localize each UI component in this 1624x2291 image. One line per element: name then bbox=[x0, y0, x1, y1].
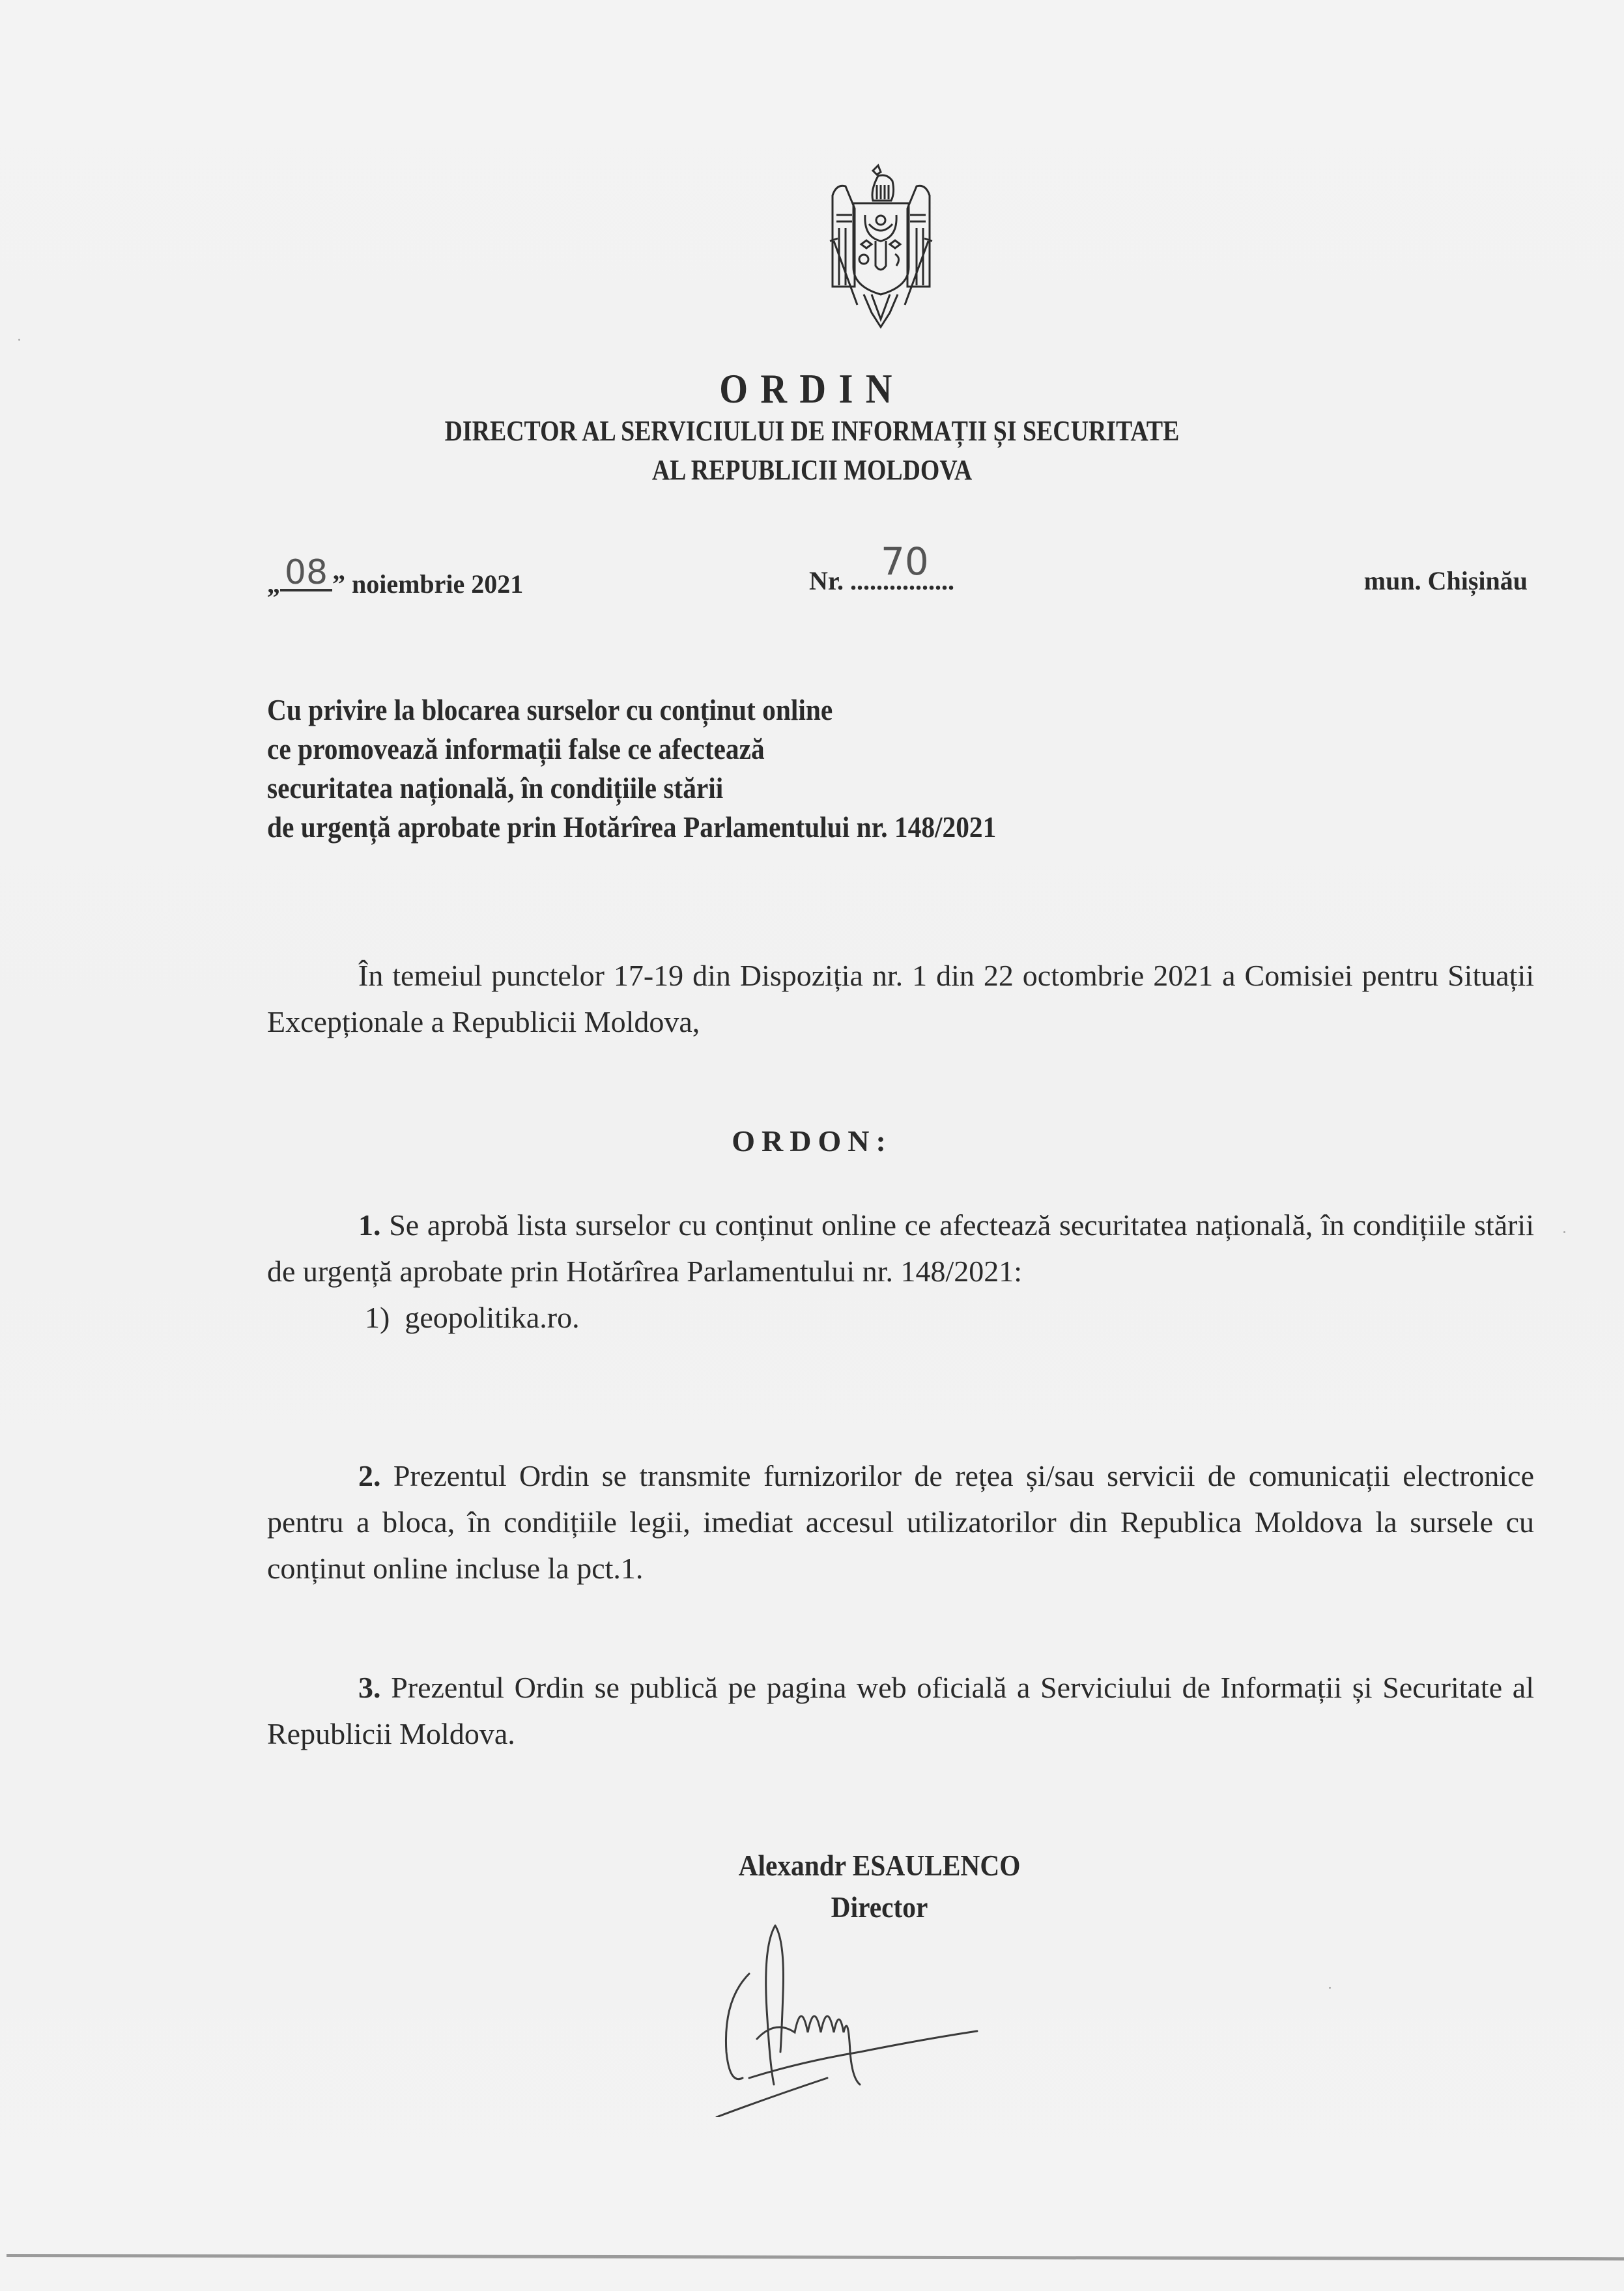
list-item: 1) geopolitika.ro. bbox=[267, 1294, 1534, 1341]
scan-speck bbox=[1329, 1987, 1331, 1989]
document-subject: Cu privire la blocarea surselor cu conți… bbox=[267, 690, 996, 847]
subject-line: securitatea națională, în condițiile stă… bbox=[267, 769, 996, 808]
subject-line: de urgență aprobate prin Hotărîrea Parla… bbox=[267, 808, 996, 847]
list-item-text: geopolitika.ro. bbox=[405, 1301, 579, 1334]
date-month-year: ” noiembrie 2021 bbox=[332, 569, 523, 599]
handwritten-day: 08 bbox=[280, 556, 332, 591]
point-number: 1. bbox=[358, 1208, 381, 1242]
document-place: mun. Chișinău bbox=[1364, 565, 1528, 596]
document-meta-row: „08” noiembrie 2021 Nr. ................… bbox=[0, 560, 1624, 606]
scan-speck bbox=[18, 339, 20, 341]
issuer-line-1: DIRECTOR AL SERVICIULUI DE INFORMAȚII ȘI… bbox=[114, 414, 1511, 448]
document-date: „08” noiembrie 2021 bbox=[267, 565, 523, 601]
point-text: Prezentul Ordin se publică pe pagina web… bbox=[267, 1671, 1534, 1750]
scan-speck bbox=[1563, 1231, 1565, 1233]
handwritten-number: 70 bbox=[881, 539, 929, 584]
document-page: ORDIN DIRECTOR AL SERVICIULUI DE INFORMA… bbox=[0, 0, 1624, 2291]
ordon-heading: ORDON: bbox=[0, 1124, 1624, 1158]
signatory-name: Alexandr ESAULENCO bbox=[674, 1845, 1085, 1886]
coat-of-arms-icon bbox=[827, 156, 935, 332]
legal-basis-text: În temeiul punctelor 17-19 din Dispoziți… bbox=[267, 959, 1534, 1038]
point-text: Se aprobă lista surselor cu conținut onl… bbox=[267, 1208, 1534, 1288]
date-open-quote: „ bbox=[267, 569, 280, 599]
number-label: Nr. bbox=[809, 566, 850, 595]
point-number: 3. bbox=[358, 1671, 381, 1704]
point-number: 2. bbox=[358, 1459, 381, 1492]
point-3: 3. Prezentul Ordin se publică pe pagina … bbox=[267, 1664, 1534, 1757]
subject-line: ce promovează informații false ce afecte… bbox=[267, 730, 996, 769]
point-2: 2. Prezentul Ordin se transmite furnizor… bbox=[267, 1453, 1534, 1591]
document-number: Nr. ................ 70 bbox=[809, 565, 954, 596]
list-marker: 1) bbox=[365, 1301, 390, 1334]
document-title: ORDIN bbox=[98, 365, 1527, 413]
subject-line: Cu privire la blocarea surselor cu conți… bbox=[267, 690, 996, 730]
legal-basis-paragraph: În temeiul punctelor 17-19 din Dispoziți… bbox=[267, 952, 1534, 1045]
signatory-block: Alexandr ESAULENCO Director bbox=[674, 1845, 1085, 1928]
issuer-line-2: AL REPUBLICII MOLDOVA bbox=[114, 453, 1511, 487]
bottom-rule bbox=[7, 2254, 1624, 2260]
point-1: 1. Se aprobă lista surselor cu conținut … bbox=[267, 1202, 1534, 1341]
signature-icon bbox=[697, 1922, 1088, 2117]
point-text: Prezentul Ordin se transmite furnizorilo… bbox=[267, 1459, 1534, 1585]
